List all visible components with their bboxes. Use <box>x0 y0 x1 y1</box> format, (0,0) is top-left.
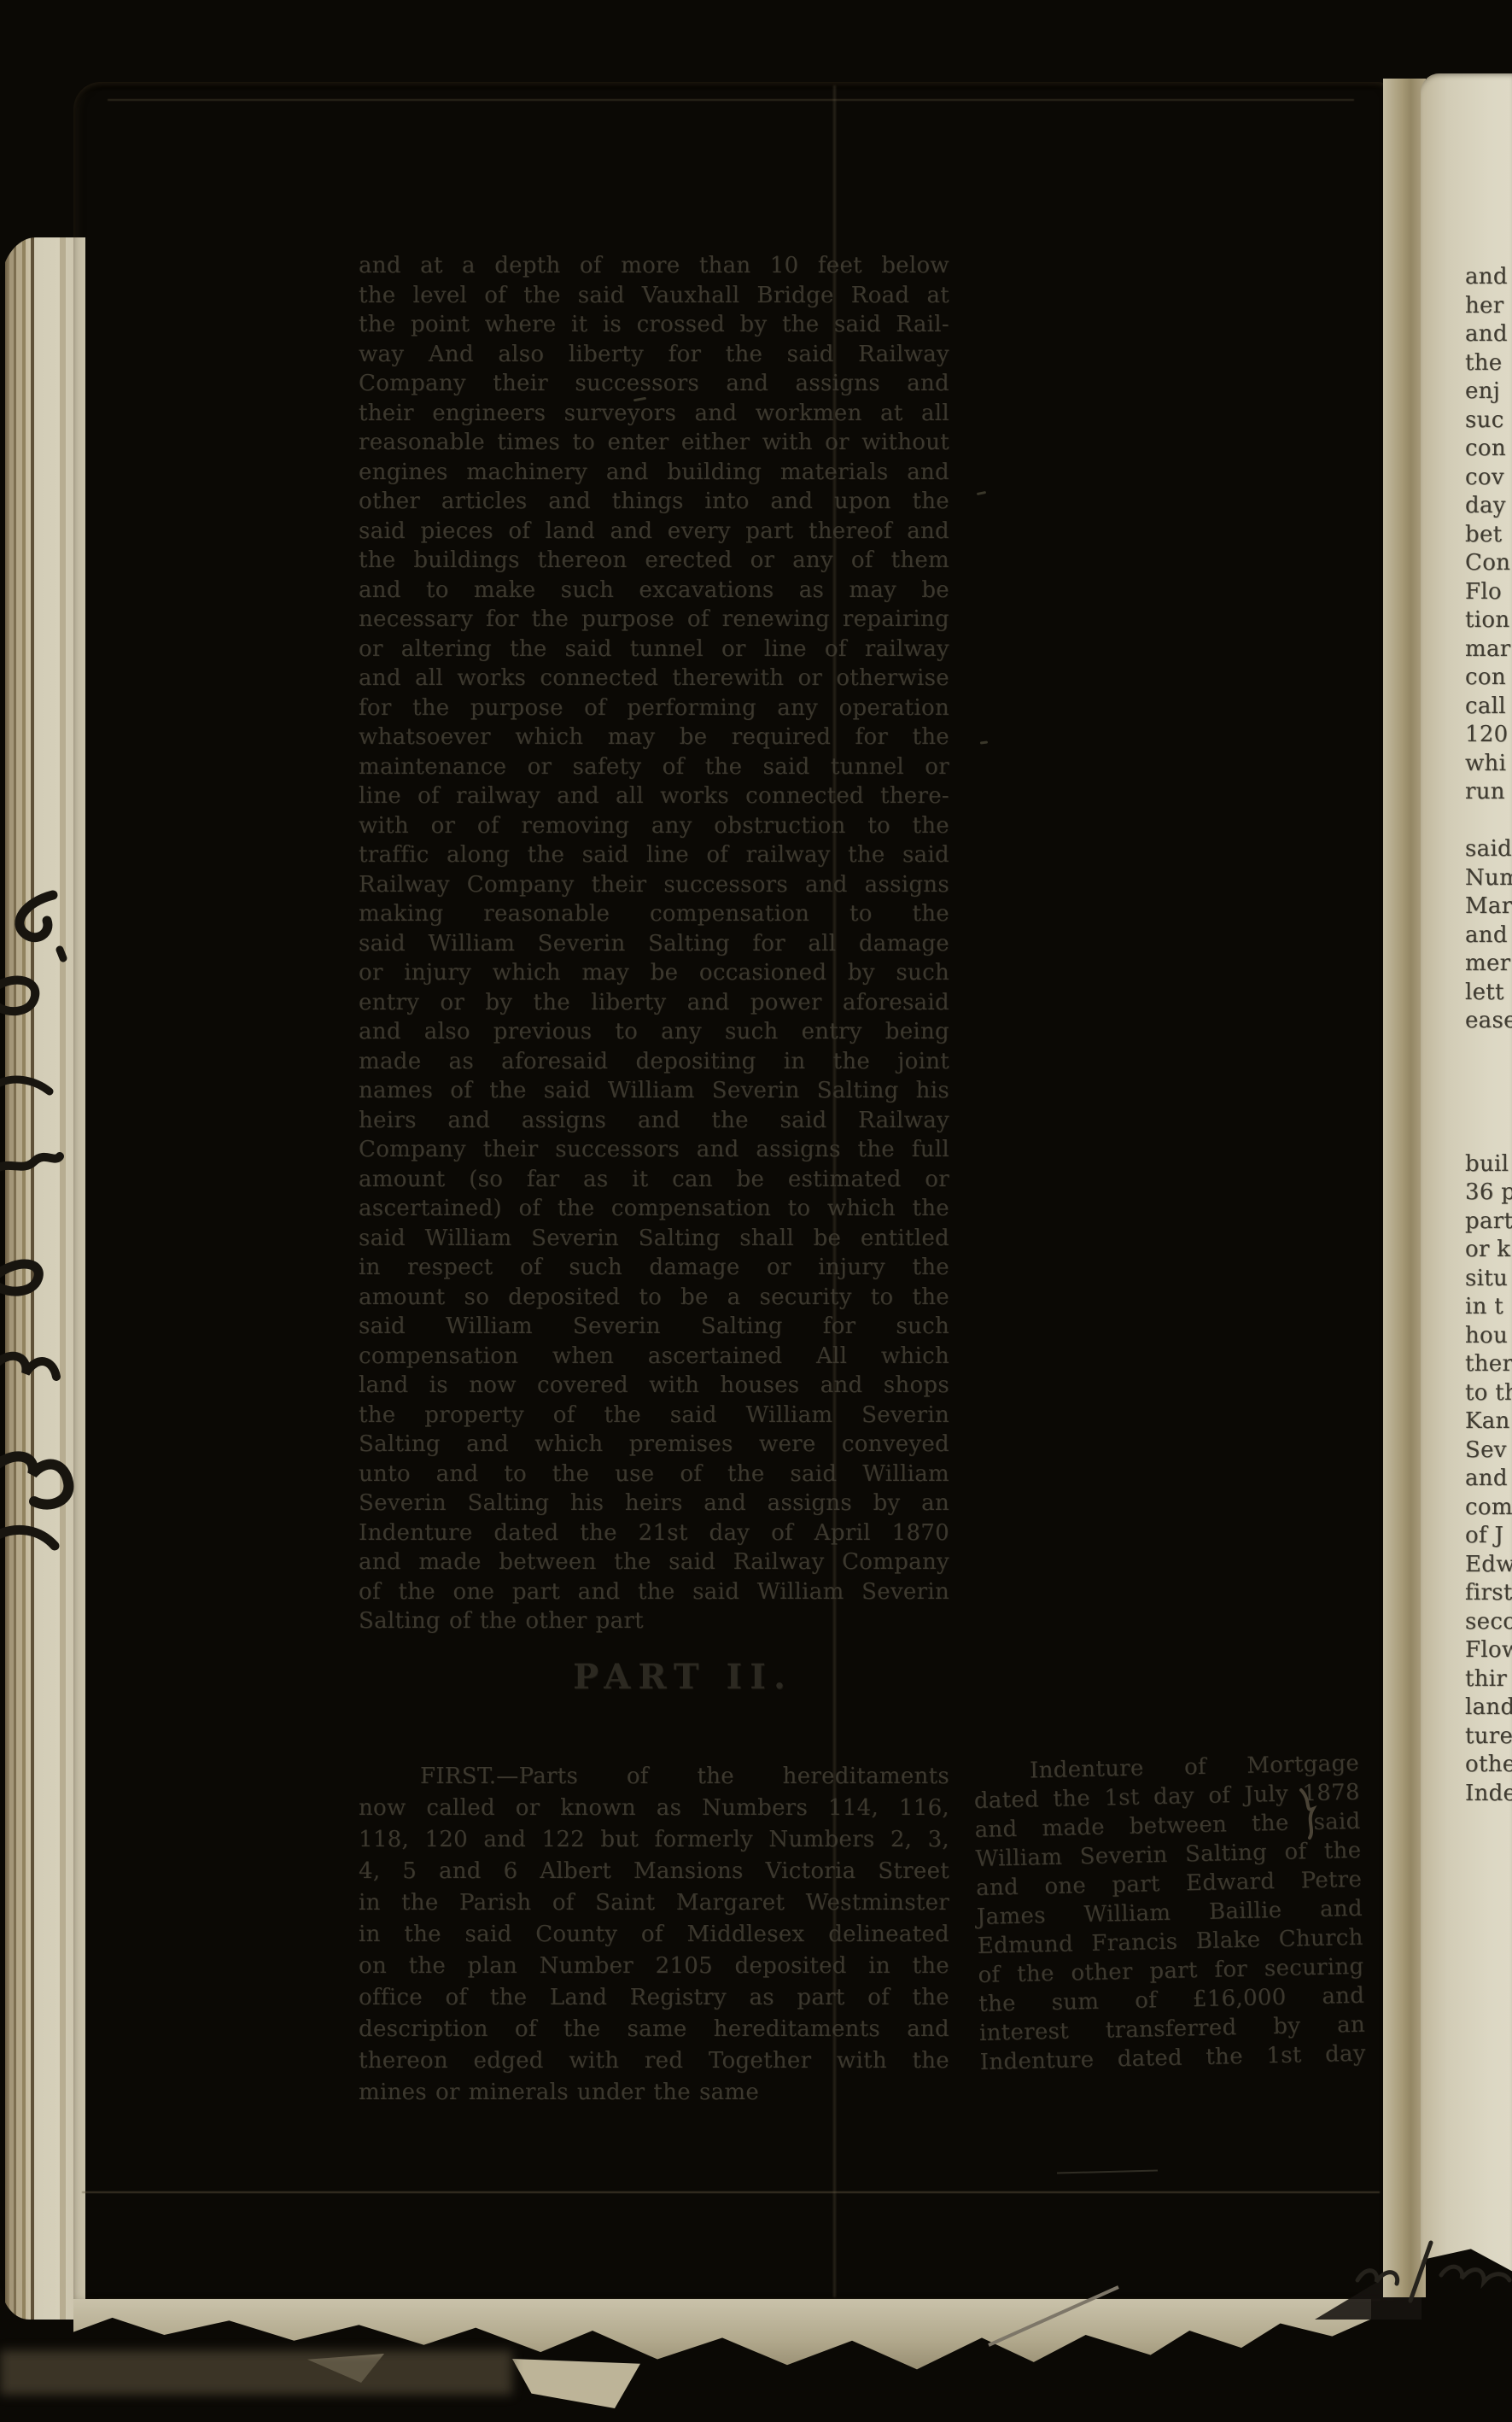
text-line: or k <box>1465 1236 1512 1265</box>
text-line <box>1465 1121 1512 1150</box>
pencil-underline-mark <box>1057 2169 1158 2173</box>
text-line: whi <box>1465 750 1512 779</box>
text-line: her <box>1465 292 1512 321</box>
text-line: making reasonable compensation to the <box>359 899 949 929</box>
text-line: traffic along the said line of railway t… <box>359 840 949 870</box>
text-line: Severin Salting his heirs and assigns by… <box>359 1489 949 1518</box>
text-line: Company their successors and assigns and <box>359 369 949 399</box>
text-line <box>1465 807 1512 836</box>
text-line <box>1465 1064 1512 1093</box>
text-line: Flo <box>1465 578 1512 607</box>
text-line: Indenture dated the 21st day of April 18… <box>359 1518 949 1548</box>
text-line: land is now covered with houses and shop… <box>359 1371 949 1401</box>
text-line: names of the said William Severin Saltin… <box>359 1076 949 1106</box>
text-line: necessary for the purpose of renewing re… <box>359 605 949 635</box>
text-line: the point where it is crossed by the sai… <box>359 310 949 340</box>
text-line: Sev <box>1465 1436 1512 1465</box>
text-line: heirs and assigns and the said Railway <box>359 1106 949 1136</box>
text-line: mer <box>1465 950 1512 979</box>
ink-dash-mark <box>980 740 988 744</box>
text-line: said <box>1465 835 1512 864</box>
page-gutter-shadow <box>1383 79 1426 2297</box>
text-line: other articles and things into and upon … <box>359 487 949 517</box>
text-line: ture <box>1465 1723 1512 1752</box>
text-line: Company their successors and assigns the… <box>359 1135 949 1165</box>
text-line: and all works connected therewith or oth… <box>359 664 949 693</box>
adjacent-page-text-fragment: andherandtheenjsucconcovdaybetConFlotion… <box>1465 263 1512 1808</box>
text-line: to th <box>1465 1379 1512 1408</box>
text-line: and made between the said Railway Compan… <box>359 1547 949 1577</box>
text-line: bet <box>1465 521 1512 550</box>
paper-scrap <box>512 2359 640 2408</box>
part-ii-heading: PART II. <box>512 1657 854 1697</box>
text-line: in the said County of Middlesex delineat… <box>359 1919 949 1951</box>
text-line: Mar <box>1465 892 1512 921</box>
text-line: reasonable times to enter either with or… <box>359 428 949 458</box>
text-line: in respect of such damage or injury the <box>359 1253 949 1283</box>
text-line: FIRST.—Parts of the hereditaments <box>359 1761 949 1793</box>
text-line: and <box>1465 1465 1512 1494</box>
text-line: ascertained) of the compensation to whic… <box>359 1194 949 1224</box>
handwriting-bottom-right <box>1354 2234 1512 2315</box>
main-paragraph: and at a depth of more than 10 feet belo… <box>359 251 949 1636</box>
text-line: Inde <box>1465 1780 1512 1809</box>
text-line: run <box>1465 778 1512 807</box>
first-parcel-column: FIRST.—Parts of the hereditamentsnow cal… <box>359 1761 949 2109</box>
text-line: said William Severin Salting for such <box>359 1312 949 1342</box>
text-line: seco <box>1465 1608 1512 1637</box>
text-line: and also previous to any such entry bein… <box>359 1017 949 1047</box>
text-line: made as aforesaid depositing in the join… <box>359 1047 949 1077</box>
text-line: in the Parish of Saint Margaret Westmins… <box>359 1887 949 1919</box>
text-line: hou <box>1465 1322 1512 1351</box>
text-line: amount (so far as it can be estimated or <box>359 1165 949 1195</box>
pencil-diagonal-mark <box>982 2275 1127 2352</box>
text-line <box>1465 1093 1512 1122</box>
text-line: suc <box>1465 407 1512 436</box>
text-line <box>1465 1036 1512 1065</box>
ink-dash-mark <box>977 491 986 495</box>
text-line: with or of removing any obstruction to t… <box>359 811 949 841</box>
text-line: ease <box>1465 1007 1512 1036</box>
text-line: tion <box>1465 606 1512 635</box>
text-line: buil <box>1465 1150 1512 1179</box>
text-line: office of the Land Registry as part of t… <box>359 1982 949 2014</box>
text-line: said William Severin Salting shall be en… <box>359 1224 949 1254</box>
text-line: Edw <box>1465 1551 1512 1580</box>
text-line: thereon edged with red Together with the <box>359 2045 949 2077</box>
text-line: lett <box>1465 979 1512 1008</box>
text-line: enj <box>1465 377 1512 407</box>
text-line: mar <box>1465 635 1512 664</box>
text-line: or altering the said tunnel or line of r… <box>359 635 949 664</box>
text-line: said pieces of land and every part there… <box>359 517 949 547</box>
text-line: com <box>1465 1494 1512 1523</box>
text-line: Salting and which premises were conveyed <box>359 1430 949 1460</box>
text-line: Salting of the other part <box>359 1606 949 1636</box>
text-line: the level of the said Vauxhall Bridge Ro… <box>359 281 949 311</box>
scanned-page: and at a depth of more than 10 feet belo… <box>73 82 1393 2301</box>
text-line: Num <box>1465 864 1512 893</box>
text-line: and to make such excavations as may be <box>359 576 949 605</box>
underlying-page-edge-line <box>108 99 1354 101</box>
text-line: entry or by the liberty and power afores… <box>359 988 949 1018</box>
text-line: description of the same hereditaments an… <box>359 2014 949 2045</box>
text-line: said William Severin Salting for all dam… <box>359 929 949 959</box>
text-line: for the purpose of performing any operat… <box>359 693 949 723</box>
text-line: con <box>1465 664 1512 693</box>
text-line: and <box>1465 921 1512 951</box>
text-line: unto and to the use of the said William <box>359 1460 949 1489</box>
text-line: thir <box>1465 1665 1512 1694</box>
text-line: first <box>1465 1579 1512 1608</box>
text-line: now called or known as Numbers 114, 116, <box>359 1793 949 1824</box>
text-line: and at a depth of more than 10 feet belo… <box>359 251 949 281</box>
text-line: 120 <box>1465 721 1512 750</box>
text-line: part <box>1465 1208 1512 1237</box>
horizontal-crease <box>82 2191 1380 2193</box>
text-line: 118, 120 and 122 but formerly Numbers 2,… <box>359 1824 949 1856</box>
text-line: land <box>1465 1694 1512 1723</box>
text-line: 4, 5 and 6 Albert Mansions Victoria Stre… <box>359 1856 949 1887</box>
text-line: or injury which may be occasioned by suc… <box>359 958 949 988</box>
text-line: way And also liberty for the said Railwa… <box>359 340 949 370</box>
text-line: cov <box>1465 464 1512 493</box>
text-line: the buildings thereon erected or any of … <box>359 546 949 576</box>
text-line: amount so deposited to be a security to … <box>359 1283 949 1313</box>
text-line: con <box>1465 435 1512 464</box>
text-line: day <box>1465 492 1512 521</box>
text-line: engines machinery and building materials… <box>359 458 949 488</box>
adjacent-page: andherandtheenjsucconcovdaybetConFlotion… <box>1421 73 1512 2296</box>
text-line: 36 p <box>1465 1179 1512 1208</box>
text-line: line of railway and all works connected … <box>359 781 949 811</box>
text-line: the <box>1465 349 1512 378</box>
text-line: call <box>1465 693 1512 722</box>
text-line: Con <box>1465 549 1512 578</box>
text-line: Flow <box>1465 1636 1512 1665</box>
text-line: their engineers surveyors and workmen at… <box>359 399 949 429</box>
text-line: ther <box>1465 1350 1512 1379</box>
text-line: of the one part and the said William Sev… <box>359 1577 949 1607</box>
text-line: situ <box>1465 1265 1512 1294</box>
text-line: and <box>1465 263 1512 292</box>
book-scan-background: and at a depth of more than 10 feet belo… <box>0 0 1512 2422</box>
text-line: Railway Company their successors and ass… <box>359 870 949 900</box>
ink-flourish-mark <box>1293 1783 1327 1843</box>
text-line: Kan <box>1465 1407 1512 1436</box>
text-line: and <box>1465 320 1512 349</box>
text-line: of J <box>1465 1522 1512 1551</box>
text-line: in t <box>1465 1293 1512 1322</box>
bottom-shadow-band <box>0 2350 512 2395</box>
text-line: on the plan Number 2105 deposited in the <box>359 1951 949 1982</box>
text-line: the property of the said William Severin <box>359 1401 949 1430</box>
text-line: othe <box>1465 1751 1512 1780</box>
text-line: compensation when ascertained All which <box>359 1342 949 1372</box>
text-line: maintenance or safety of the said tunnel… <box>359 752 949 782</box>
text-line: mines or minerals under the same <box>359 2077 949 2109</box>
text-line: whatsoever which may be required for the <box>359 723 949 752</box>
